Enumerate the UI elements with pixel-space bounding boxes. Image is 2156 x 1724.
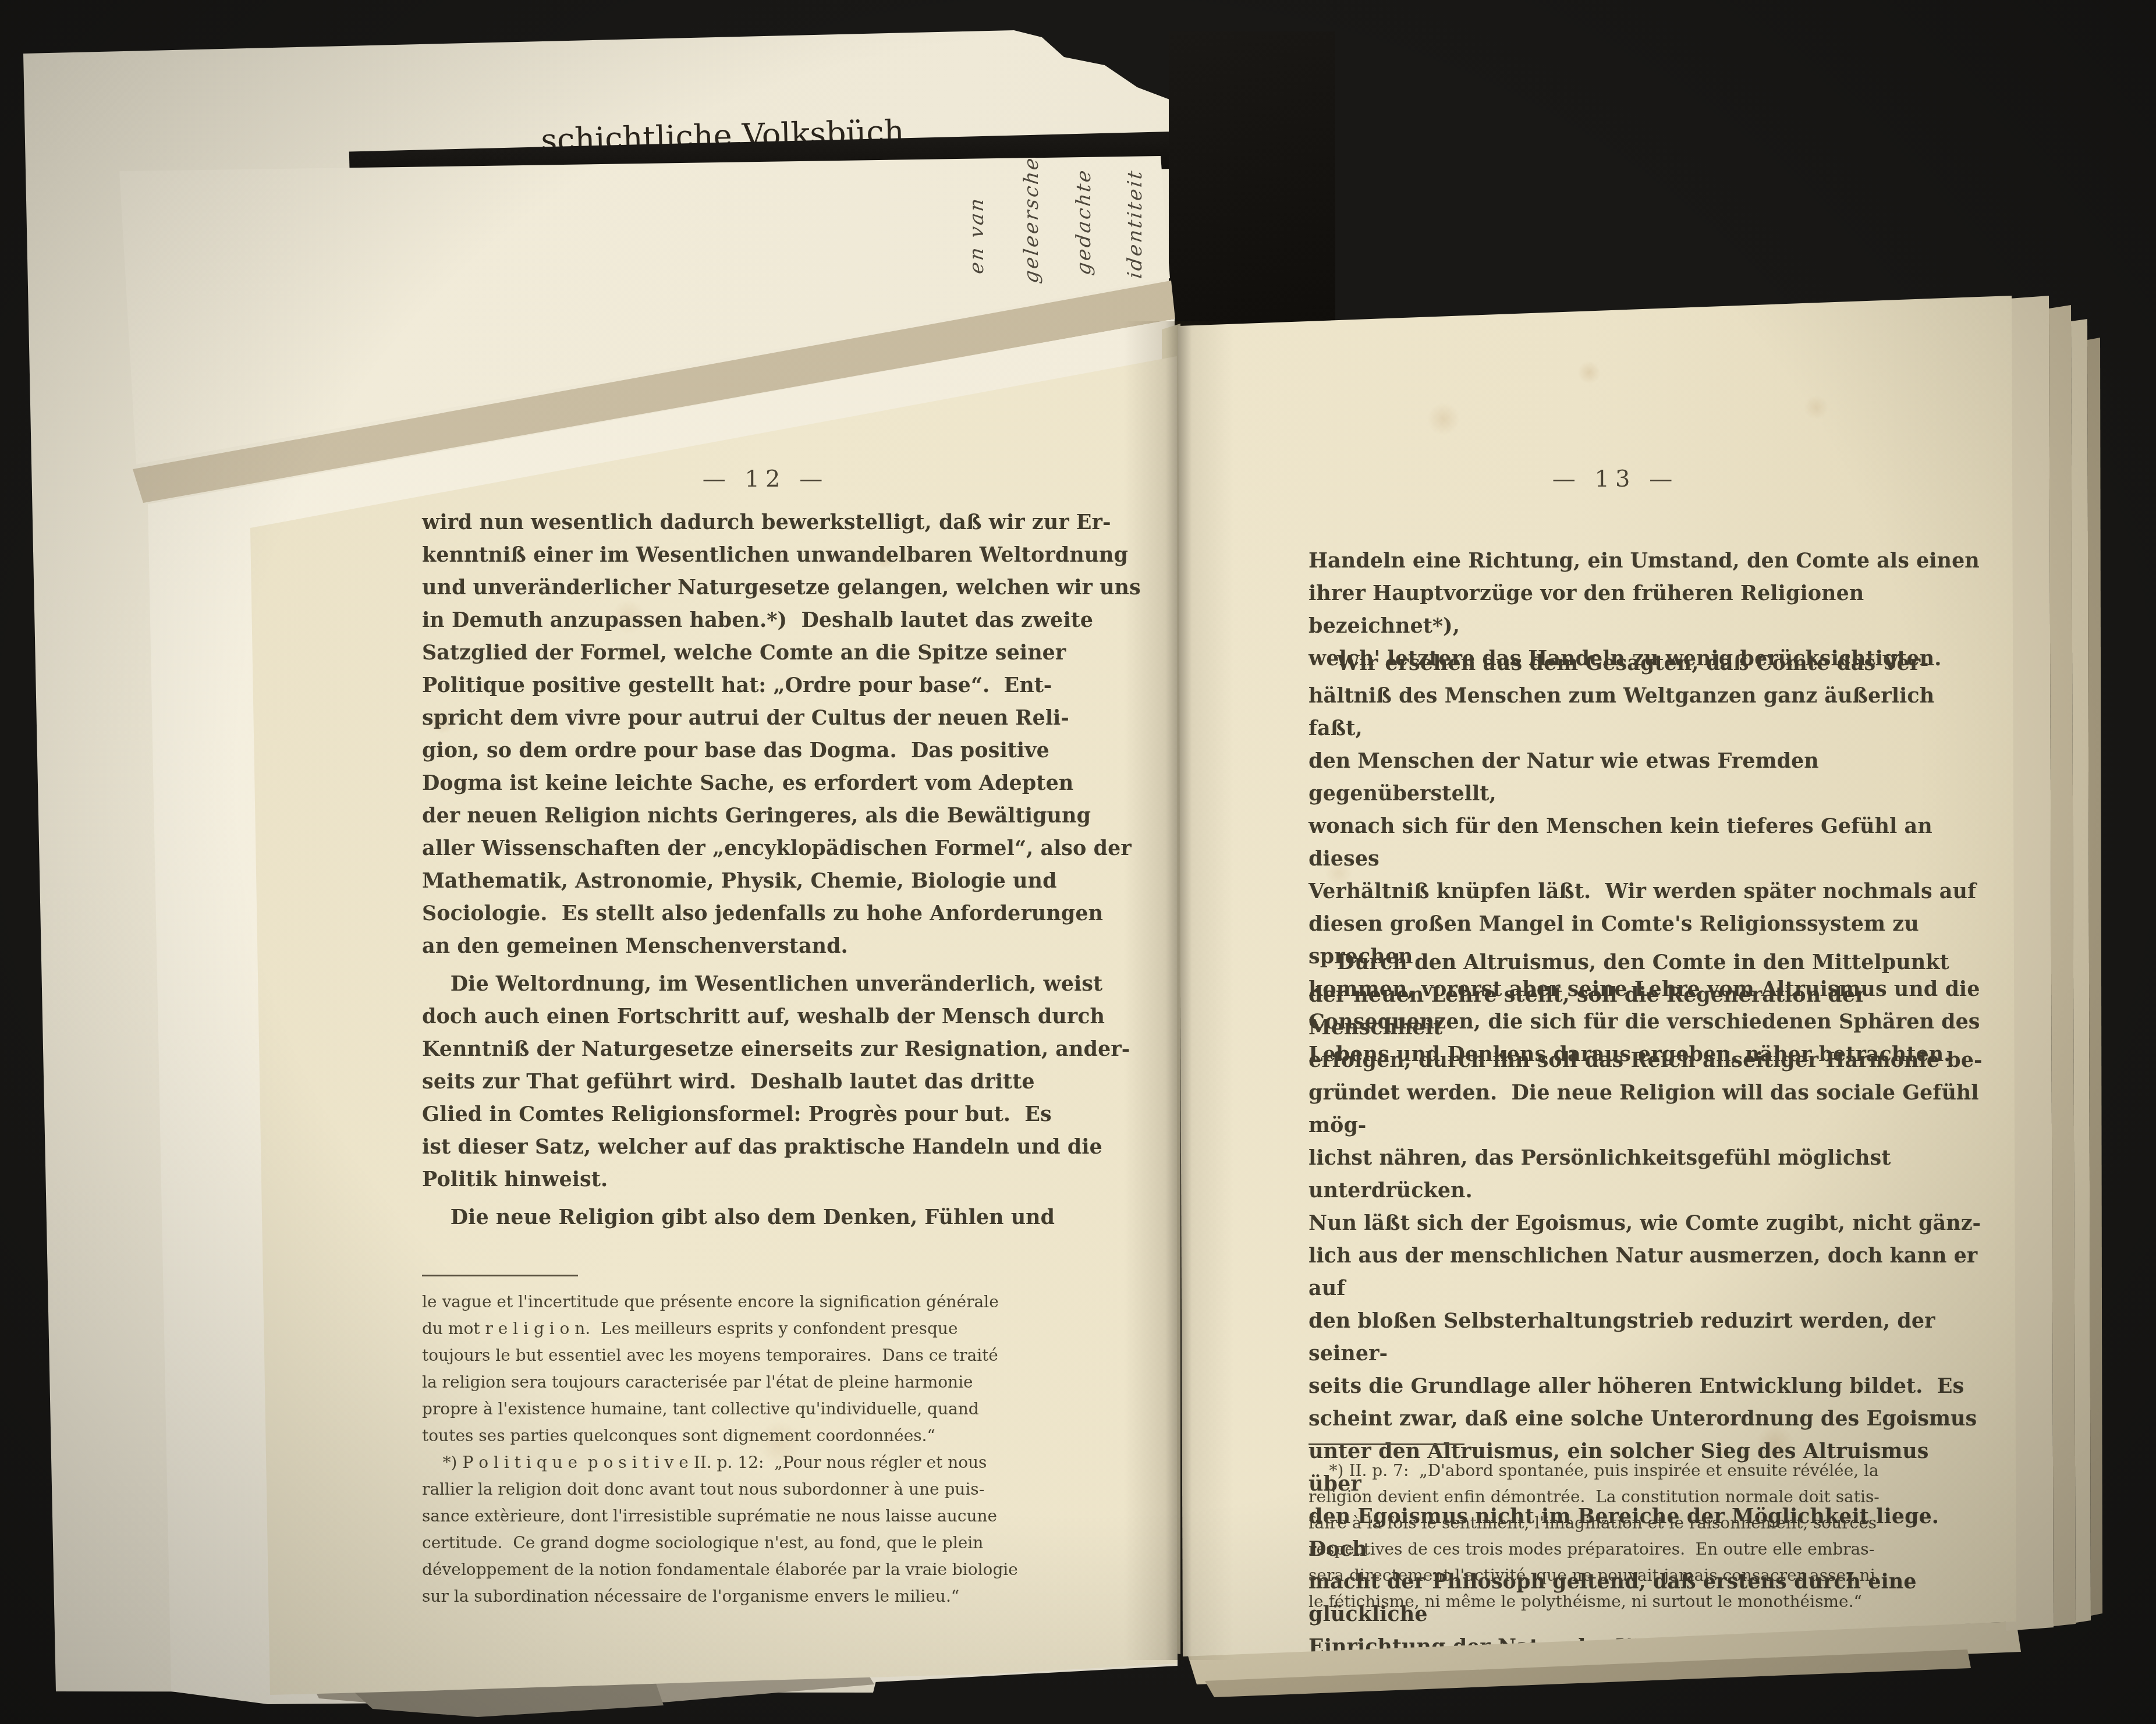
photo-vignette [0,0,2156,1724]
book-scan-photo: { "document_type": "antique book scan, o… [0,0,2156,1724]
